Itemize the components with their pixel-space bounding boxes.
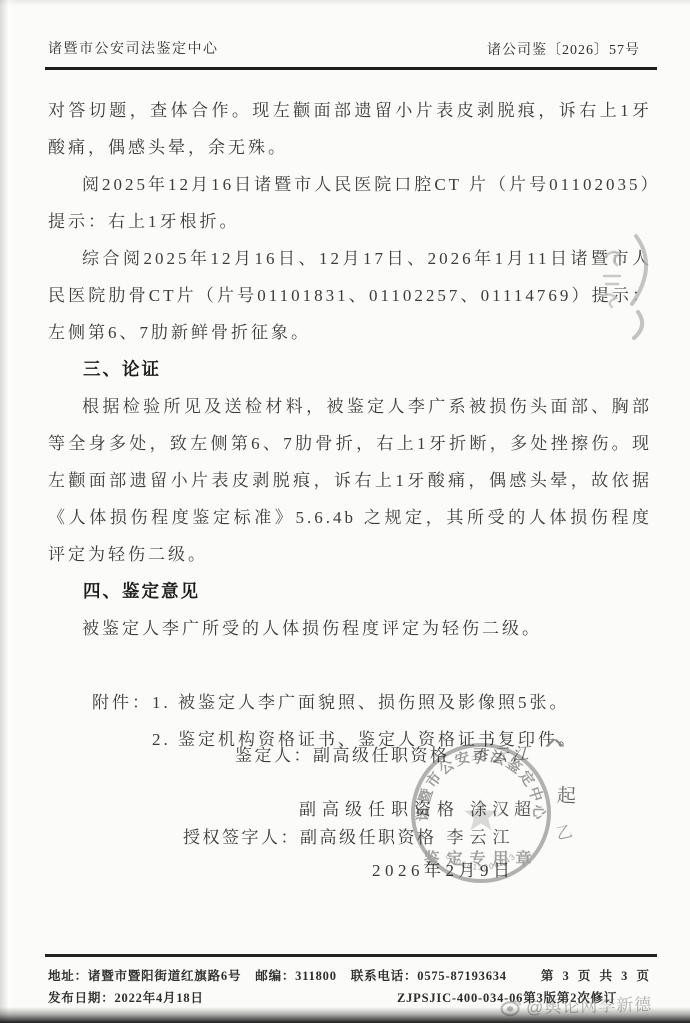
attachment-line-1: 附件：1. 被鉴定人李广面貌照、损伤照及影像照5张。	[48, 684, 652, 721]
paragraph-continuation: 对答切题，查体合作。现左颧面部遗留小片表皮剥脱痕，诉右上1牙酸痛，偶感头晕，余无…	[48, 92, 652, 166]
header-org-name: 诸暨市公安司法鉴定中心	[48, 38, 219, 58]
header-doc-number: 诸公司鉴〔2026〕57号	[487, 39, 640, 59]
handwritten-qi-character: 起	[557, 781, 577, 809]
footer-address: 地址：诸暨市暨阳街道红旗路6号	[48, 969, 241, 983]
footer-rule	[45, 954, 657, 957]
footer-publish-date: 发布日期：2022年4月18日	[48, 988, 204, 1006]
footer-page-info: 第 3 页 共 3 页	[541, 966, 652, 984]
paragraph-oral-ct: 阅2025年12月16日诸暨市人民医院口腔CT 片（片号01102035）提示：…	[48, 166, 652, 240]
paragraph-opinion: 被鉴定人李广所受的人体损伤程度评定为轻伤二级。	[48, 610, 652, 647]
seal-star-icon	[464, 799, 497, 830]
footer-postcode: 邮编：311800	[255, 969, 337, 983]
document-photo: 诸暨市公安司法鉴定中心 诸公司鉴〔2026〕57号 对答切题，查体合作。现左颧面…	[0, 0, 690, 1023]
photo-bottom-edge	[0, 1007, 690, 1023]
section-heading-opinion: 四、鉴定意见	[48, 573, 652, 610]
document-body: 对答切题，查体合作。现左颧面部遗留小片表皮剥脱痕，诉右上1牙酸痛，偶感头晕，余无…	[48, 92, 652, 758]
paragraph-rib-ct: 综合阅2025年12月16日、12月17日、2026年1月11日诸暨市人民医院肋…	[48, 240, 652, 351]
attachment-item-1: 1. 被鉴定人李广面貌照、损伤照及影像照5张。	[152, 693, 570, 712]
authorized-label: 授权签字人：副高级任职资格	[183, 828, 437, 847]
official-seal: 诸暨市公安司法鉴定中心 鉴定专用章 3306811004243	[405, 737, 557, 889]
section-heading-analysis: 三、论证	[48, 351, 652, 388]
footer-phone: 联系电话：0575-87193634	[351, 969, 507, 983]
margin-scribble-icon	[596, 230, 688, 342]
attachments-label: 附件：	[92, 693, 152, 712]
footer-contact-line: 地址：诸暨市暨阳街道红旗路6号邮编：311800联系电话：0575-871936…	[48, 966, 521, 984]
paragraph-analysis: 根据检验所见及送检材料，被鉴定人李广系被损伤头面部、胸部等全身多处，致左侧第6、…	[48, 388, 652, 573]
photo-top-edge	[0, 0, 690, 6]
header-rule	[45, 67, 657, 70]
photo-left-edge	[0, 0, 16, 1023]
